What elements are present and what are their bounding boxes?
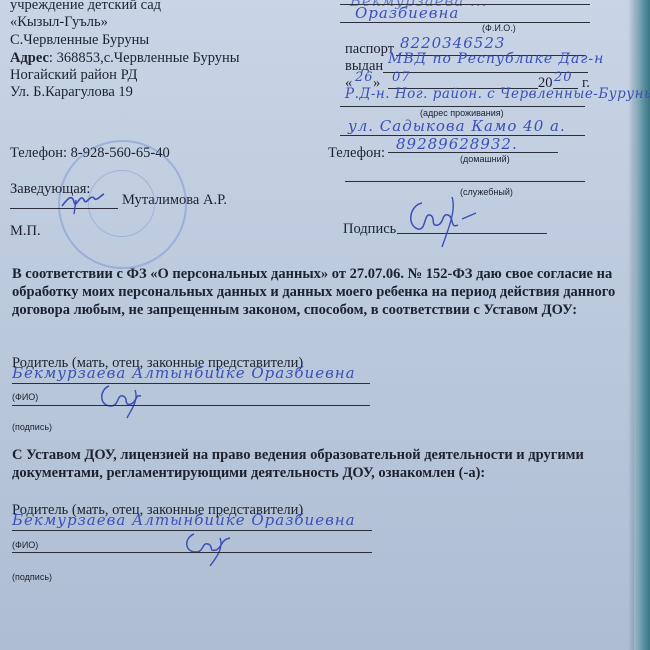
ack-signature-caption: (подпись) bbox=[12, 569, 52, 585]
acknowledgement-paragraph: С Уставом ДОУ, лицензией на право ведени… bbox=[12, 446, 622, 482]
ack-parent-fio: Бекмурзаева Алтынбийке Оразбиевна bbox=[12, 511, 356, 529]
passport-label: паспорт bbox=[345, 41, 394, 57]
consent-paragraph: В соответствии с ФЗ «О персональных данн… bbox=[12, 265, 622, 319]
org-street: Ул. Б.Карагулова 19 bbox=[10, 84, 133, 100]
org-address-value: : 368853,с.Червленные Буруны bbox=[49, 50, 240, 66]
issue-month: 07 bbox=[392, 70, 411, 85]
org-district: Ногайский район РД bbox=[10, 67, 137, 83]
consent-signature-caption: (подпись) bbox=[12, 419, 52, 435]
consent-fio-caption: (ФИО) bbox=[12, 389, 38, 405]
fio-line-2 bbox=[340, 22, 590, 23]
consent-signature-icon bbox=[95, 380, 165, 420]
ack-signature-line bbox=[12, 552, 372, 553]
head-name: Муталимова А.Р. bbox=[122, 192, 227, 208]
parent-phone-label: Телефон: bbox=[328, 145, 385, 161]
parent-signature-label: Подпись bbox=[343, 221, 396, 237]
parent-signature-icon bbox=[400, 195, 490, 250]
ack-fio-caption: (ФИО) bbox=[12, 537, 38, 553]
org-name: «Кызыл-Гуъль» bbox=[10, 14, 108, 30]
issue-day: 26 bbox=[355, 70, 374, 85]
issue-year-suffix: 20 bbox=[554, 70, 573, 85]
consent-signature-line bbox=[12, 405, 370, 406]
phone-home-caption: (домашний) bbox=[460, 151, 510, 167]
passport-value: 8220346523 bbox=[400, 34, 505, 52]
parent-fio-handwritten: Оразбиевна bbox=[355, 4, 459, 22]
org-line-1: учреждение детский сад bbox=[10, 0, 161, 13]
residence-address-line-2: ул. Садыкова Камо 40 а. bbox=[348, 117, 566, 135]
residence-address-line-1: Р.Д-н. Ног. район. с Червленные-Буруны bbox=[345, 86, 650, 102]
head-signature-icon bbox=[58, 188, 108, 216]
org-address-label: Адрес bbox=[10, 50, 49, 66]
consent-fio-line bbox=[12, 383, 370, 384]
issued-value: МВД по Республике Даг-н bbox=[388, 51, 604, 67]
ack-signature-icon bbox=[180, 528, 250, 568]
org-address: Адрес: 368853,с.Червленные Буруны bbox=[10, 50, 240, 66]
org-village: С.Червленные Буруны bbox=[10, 32, 149, 48]
org-phone: Телефон: 8-928-560-65-40 bbox=[10, 145, 170, 161]
phone-work-line bbox=[345, 181, 585, 182]
consent-parent-fio: Бекмурзаева Алтынбийке Оразбиевна bbox=[12, 364, 356, 382]
seal-label: М.П. bbox=[10, 223, 41, 239]
